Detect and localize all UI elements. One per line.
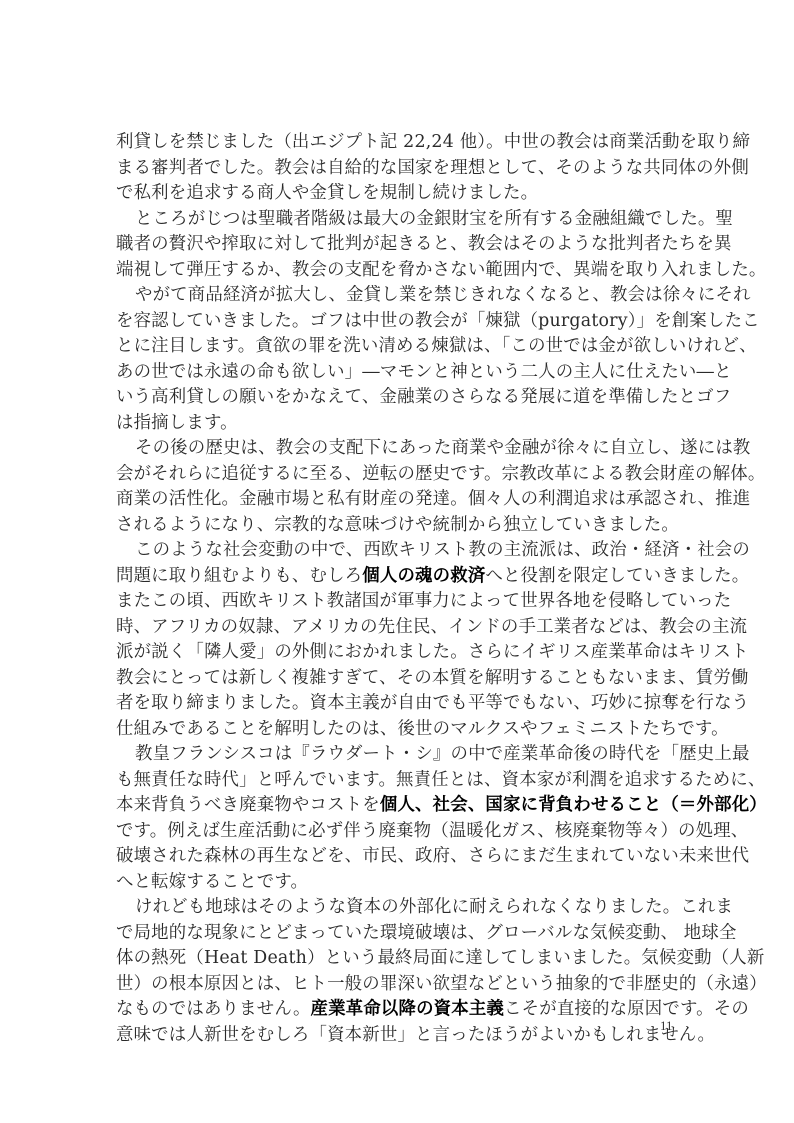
text-segment: 意味では人新世をむしろ「資本新世」と言ったほうがよいかもしれません。 bbox=[116, 1025, 715, 1045]
text-line: 破壊された森林の再生などを、市民、政府、さらにまだ生まれていない未来世代 bbox=[116, 844, 680, 870]
text-segment: あの世では永遠の命も欲しい」―マモンと神という二人の主人に仕えたい―と bbox=[116, 362, 732, 382]
text-line: 利貸しを禁じました（出エジプト記 22,24 他）。中世の教会は商業活動を取り締 bbox=[116, 130, 680, 156]
text-line: で私利を追求する商人や金貸しを規制し続けました。 bbox=[116, 181, 680, 207]
text-line: 商業の活性化。金融市場と私有財産の発達。個々人の利潤追求は承認され、推進 bbox=[116, 487, 680, 513]
text-line: このような社会変動の中で、西欧キリスト教の主流派は、政治・経済・社会の bbox=[116, 538, 680, 564]
text-segment: 職者の贅沢や搾取に対して批判が起きると、教会はそのような批判者たちを異 bbox=[116, 234, 732, 254]
text-segment: 者を取り締まりました。資本主義が自由でも平等でもない、巧妙に掠奪を行なう bbox=[116, 693, 749, 713]
text-line: は指摘します。 bbox=[116, 411, 680, 437]
text-line: です。例えば生産活動に必ず伴う廃棄物（温暖化ガス、核廃棄物等々）の処理、 bbox=[116, 819, 680, 845]
text-segment: 利貸しを禁じました（出エジプト記 22,24 他）。中世の教会は商業活動を取り締 bbox=[116, 132, 750, 152]
text-line: ところがじつは聖職者階級は最大の金銀財宝を所有する金融組織でした。聖 bbox=[116, 207, 680, 233]
text-segment: は指摘します。 bbox=[116, 413, 238, 433]
text-line: も無責任な時代」と呼んでいます。無責任とは、資本家が利潤を追求するために、 bbox=[116, 768, 680, 794]
text-segment: 仕組みであることを解明したのは、後世のマルクスやフェミニストたちです。 bbox=[116, 719, 729, 739]
text-line: いう高利貸しの願いをかなえて、金融業のさらなる発展に道を準備したとゴフ bbox=[116, 385, 680, 411]
text-segment: こそが直接的な原因です。その bbox=[504, 999, 749, 1019]
text-line: またこの頃、西欧キリスト教諸国が軍事力によって世界各地を侵略していった bbox=[116, 589, 680, 615]
text-segment: 商業の活性化。金融市場と私有財産の発達。個々人の利潤追求は承認され、推進 bbox=[116, 489, 750, 509]
text-segment: です。例えば生産活動に必ず伴う廃棄物（温暖化ガス、核廃棄物等々）の処理、 bbox=[116, 821, 748, 841]
text-segment: 教皇フランシスコは『ラウダート・シ』の中で産業革命後の時代を「歴史上最 bbox=[135, 744, 750, 764]
text-line: 体の熱死（Heat Death）という最終局面に達してしまいました。気候変動（人… bbox=[116, 946, 680, 972]
text-line: 職者の贅沢や搾取に対して批判が起きると、教会はそのような批判者たちを異 bbox=[116, 232, 680, 258]
text-segment: 派が説く「隣人愛」の外側におかれました。さらにイギリス産業革命はキリスト bbox=[116, 642, 749, 662]
text-line: で局地的な現象にとどまっていた環境破壊は、グローバルな気候変動、 地球全 bbox=[116, 921, 680, 947]
text-line: 意味では人新世をむしろ「資本新世」と言ったほうがよいかもしれません。 bbox=[116, 1023, 680, 1049]
text-segment: で私利を追求する商人や金貸しを規制し続けました。 bbox=[116, 183, 538, 203]
text-segment: 時、アフリカの奴隷、アメリカの先住民、インドの手工業者などは、教会の主流 bbox=[116, 617, 747, 637]
text-line: 教皇フランシスコは『ラウダート・シ』の中で産業革命後の時代を「歴史上最 bbox=[116, 742, 680, 768]
text-line: まる審判者でした。教会は自給的な国家を理想として、そのような共同体の外側 bbox=[116, 156, 680, 182]
document-body: 利貸しを禁じました（出エジプト記 22,24 他）。中世の教会は商業活動を取り締… bbox=[116, 130, 680, 1048]
text-segment: へと転嫁することです。 bbox=[116, 872, 308, 892]
text-segment: されるようになり、宗教的な意味づけや統制から独立していきました。 bbox=[116, 515, 679, 535]
text-segment: やがて商品経済が拡大し、金貸し業を禁じきれなくなると、教会は徐々にそれ bbox=[135, 285, 751, 305]
paragraph: ところがじつは聖職者階級は最大の金銀財宝を所有する金融組織でした。聖職者の贅沢や… bbox=[116, 207, 680, 284]
text-segment: へと役割を限定していきました。 bbox=[485, 566, 749, 586]
emphasized-text: 個人、社会、国家に背負わせること（＝外部化） bbox=[380, 795, 767, 815]
text-segment: を容認していきました。ゴフは中世の教会が「煉獄（purgatory）」を創案した… bbox=[116, 311, 760, 331]
text-line: 派が説く「隣人愛」の外側におかれました。さらにイギリス産業革命はキリスト bbox=[116, 640, 680, 666]
page-number: 11 bbox=[660, 1018, 673, 1034]
paragraph: やがて商品経済が拡大し、金貸し業を禁じきれなくなると、教会は徐々にそれを容認して… bbox=[116, 283, 680, 436]
emphasized-text: 個人の魂の救済 bbox=[362, 566, 485, 586]
text-segment: またこの頃、西欧キリスト教諸国が軍事力によって世界各地を侵略していった bbox=[116, 591, 731, 611]
paragraph: その後の歴史は、教会の支配下にあった商業や金融が徐々に自立し、遂には教会がそれら… bbox=[116, 436, 680, 538]
text-segment: 体の熱死（Heat Death）という最終局面に達してしまいました。気候変動（人… bbox=[116, 948, 764, 968]
text-segment: 会がそれらに追従するに至る、逆転の歴史です。宗教改革による教会財産の解体。 bbox=[116, 464, 765, 484]
paragraph: 教皇フランシスコは『ラウダート・シ』の中で産業革命後の時代を「歴史上最も無責任な… bbox=[116, 742, 680, 895]
paragraph: 利貸しを禁じました（出エジプト記 22,24 他）。中世の教会は商業活動を取り締… bbox=[116, 130, 680, 207]
text-line: やがて商品経済が拡大し、金貸し業を禁じきれなくなると、教会は徐々にそれ bbox=[116, 283, 680, 309]
text-line: 時、アフリカの奴隷、アメリカの先住民、インドの手工業者などは、教会の主流 bbox=[116, 615, 680, 641]
text-segment: けれども地球はそのような資本の外部化に耐えられなくなりました。これま bbox=[135, 897, 733, 917]
text-line: とに注目します。貪欲の罪を洗い清める煉獄は、「この世では金が欲しいけれど、 bbox=[116, 334, 680, 360]
text-segment: 端視して弾圧するか、教会の支配を脅かさない範囲内で、異端を取り入れました。 bbox=[116, 260, 767, 280]
text-line: 世）の根本原因とは、ヒト一般の罪深い欲望などという抽象的で非歴史的（永遠） bbox=[116, 972, 680, 998]
text-segment: 教会にとっては新しく複雑すぎて、その本質を解明することもないまま、賃労働 bbox=[116, 668, 749, 688]
text-line: 仕組みであることを解明したのは、後世のマルクスやフェミニストたちです。 bbox=[116, 717, 680, 743]
text-segment: も無責任な時代」と呼んでいます。無責任とは、資本家が利潤を追求するために、 bbox=[116, 770, 765, 790]
text-segment: まる審判者でした。教会は自給的な国家を理想として、そのような共同体の外側 bbox=[116, 158, 749, 178]
text-line: されるようになり、宗教的な意味づけや統制から独立していきました。 bbox=[116, 513, 680, 539]
text-segment: いう高利貸しの願いをかなえて、金融業のさらなる発展に道を準備したとゴフ bbox=[116, 387, 731, 407]
text-segment: なものではありません。 bbox=[116, 999, 311, 1019]
text-line: 会がそれらに追従するに至る、逆転の歴史です。宗教改革による教会財産の解体。 bbox=[116, 462, 680, 488]
text-segment: その後の歴史は、教会の支配下にあった商業や金融が徐々に自立し、遂には教 bbox=[135, 438, 751, 458]
text-line: へと転嫁することです。 bbox=[116, 870, 680, 896]
text-line: その後の歴史は、教会の支配下にあった商業や金融が徐々に自立し、遂には教 bbox=[116, 436, 680, 462]
text-line: あの世では永遠の命も欲しい」―マモンと神という二人の主人に仕えたい―と bbox=[116, 360, 680, 386]
text-segment: 世）の根本原因とは、ヒト一般の罪深い欲望などという抽象的で非歴史的（永遠） bbox=[116, 974, 767, 994]
text-line: を容認していきました。ゴフは中世の教会が「煉獄（purgatory）」を創案した… bbox=[116, 309, 680, 335]
text-line: 問題に取り組むよりも、むしろ個人の魂の救済へと役割を限定していきました。 bbox=[116, 564, 680, 590]
text-line: けれども地球はそのような資本の外部化に耐えられなくなりました。これま bbox=[116, 895, 680, 921]
text-segment: ところがじつは聖職者階級は最大の金銀財宝を所有する金融組織でした。聖 bbox=[135, 209, 733, 229]
paragraph: けれども地球はそのような資本の外部化に耐えられなくなりました。これまで局地的な現… bbox=[116, 895, 680, 1048]
paragraph: このような社会変動の中で、西欧キリスト教の主流派は、政治・経済・社会の問題に取り… bbox=[116, 538, 680, 742]
text-segment: 本来背負うべき廃棄物やコストを bbox=[116, 795, 380, 815]
text-line: 本来背負うべき廃棄物やコストを個人、社会、国家に背負わせること（＝外部化） bbox=[116, 793, 680, 819]
text-line: なものではありません。産業革命以降の資本主義こそが直接的な原因です。その bbox=[116, 997, 680, 1023]
text-segment: で局地的な現象にとどまっていた環境破壊は、グローバルな気候変動、 地球全 bbox=[116, 923, 737, 943]
text-segment: 問題に取り組むよりも、むしろ bbox=[116, 566, 362, 586]
emphasized-text: 産業革命以降の資本主義 bbox=[311, 999, 505, 1019]
text-line: 教会にとっては新しく複雑すぎて、その本質を解明することもないまま、賃労働 bbox=[116, 666, 680, 692]
text-segment: とに注目します。貪欲の罪を洗い清める煉獄は、「この世では金が欲しいけれど、 bbox=[116, 336, 757, 356]
text-line: 者を取り締まりました。資本主義が自由でも平等でもない、巧妙に掠奪を行なう bbox=[116, 691, 680, 717]
text-segment: このような社会変動の中で、西欧キリスト教の主流派は、政治・経済・社会の bbox=[135, 540, 750, 560]
text-segment: 破壊された森林の再生などを、市民、政府、さらにまだ生まれていない未来世代 bbox=[116, 846, 749, 866]
text-line: 端視して弾圧するか、教会の支配を脅かさない範囲内で、異端を取り入れました。 bbox=[116, 258, 680, 284]
